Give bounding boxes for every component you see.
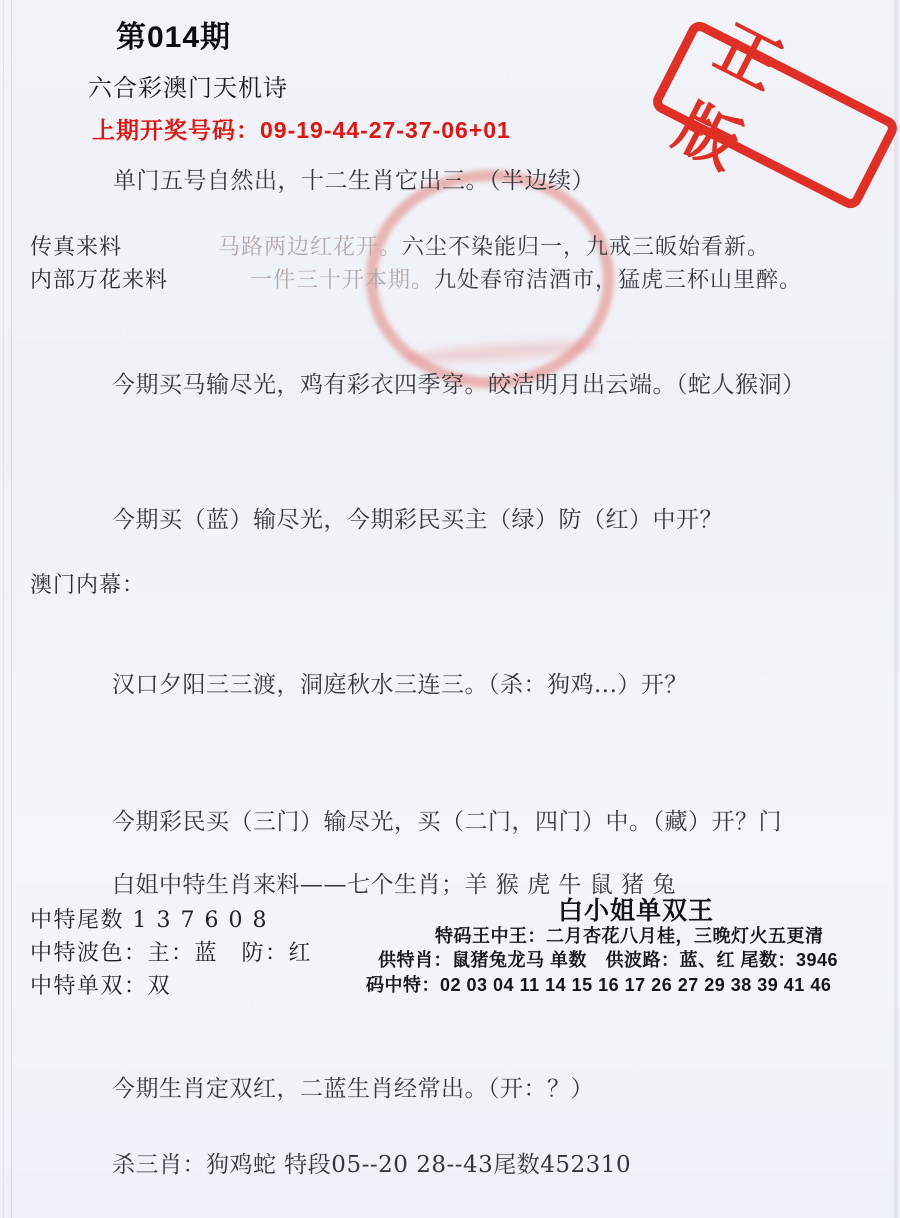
fax-source-label: 传真来料: [30, 230, 218, 261]
poem-line-4: 汉口夕阳三三渡，洞庭秋水三连三。（杀：狗鸡...）开？: [112, 666, 688, 699]
internal-faded-text: 一件三十开本期。: [250, 268, 434, 293]
scan-edge-shade: [894, 0, 898, 1218]
special-parity: 中特单双：双: [30, 969, 171, 1000]
fax-faded-text: 马路两边红花开。: [218, 235, 402, 260]
poem-line-1: 单门五号自然出，十二生肖它出三。（半边续）: [113, 162, 595, 195]
scan-edge-line: [11, 0, 12, 1218]
poem-line-7: 杀三肖：狗鸡蛇 特段05--20 28--43尾数452310: [112, 1146, 631, 1179]
last-draw-line: 上期开奖号码：09-19-44-27-37-06+01: [92, 112, 511, 145]
internal-source-line: 内部万花来料一件三十开本期。九处春帘洁酒市，猛虎三杯山里醉。: [30, 263, 802, 294]
fax-source-line: 传真来料马路两边红花开。六尘不染能归一，九戒三皈始看新。: [30, 230, 770, 261]
document-title: 六合彩澳门天机诗: [88, 68, 288, 103]
poem-line-3: 今期买（蓝）输尽光，今期彩民买主（绿）防（红）中开？: [112, 501, 723, 534]
scanned-lottery-sheet: 第014期 六合彩澳门天机诗 上期开奖号码：09-19-44-27-37-06+…: [0, 0, 900, 1218]
right-block-line-2: 供特肖：鼠猪兔龙马 单数 供波路：蓝、红 尾数：3946: [378, 946, 838, 972]
last-draw-label: 上期开奖号码：: [92, 117, 260, 143]
poem-line-2: 今期买马输尽光，鸡有彩衣四季穿。皎洁明月出云端。（蛇人猴洞）: [112, 366, 806, 399]
poem-line-6: 今期生肖定双红，二蓝生肖经常出。（开：？）: [112, 1070, 594, 1103]
special-wave-color: 中特波色：主：蓝 防：红: [30, 936, 312, 967]
genuine-stamp: 正版: [649, 18, 900, 212]
right-block-line-1: 特码王中王：二月杏花八月桂，三晚灯火五更清: [435, 922, 824, 948]
right-block-line-3: 码中特：02 03 04 11 14 15 16 17 26 27 29 38 …: [366, 971, 831, 997]
special-tail-numbers: 中特尾数 1 3 7 6 0 8: [30, 903, 268, 934]
issue-title: 第014期: [116, 12, 231, 56]
internal-text: 九处春帘洁酒市，猛虎三杯山里醉。: [434, 268, 802, 293]
poem-line-5: 今期彩民买（三门）输尽光，买（二门，四门）中。（藏）开？门: [112, 803, 782, 836]
scan-edge-line: [3, 0, 4, 1218]
internal-source-label: 内部万花来料: [30, 263, 250, 294]
macau-insider-label: 澳门内幕：: [30, 568, 145, 599]
fax-text: 六尘不染能归一，九戒三皈始看新。: [402, 235, 770, 260]
last-draw-numbers: 09-19-44-27-37-06+01: [260, 117, 511, 143]
